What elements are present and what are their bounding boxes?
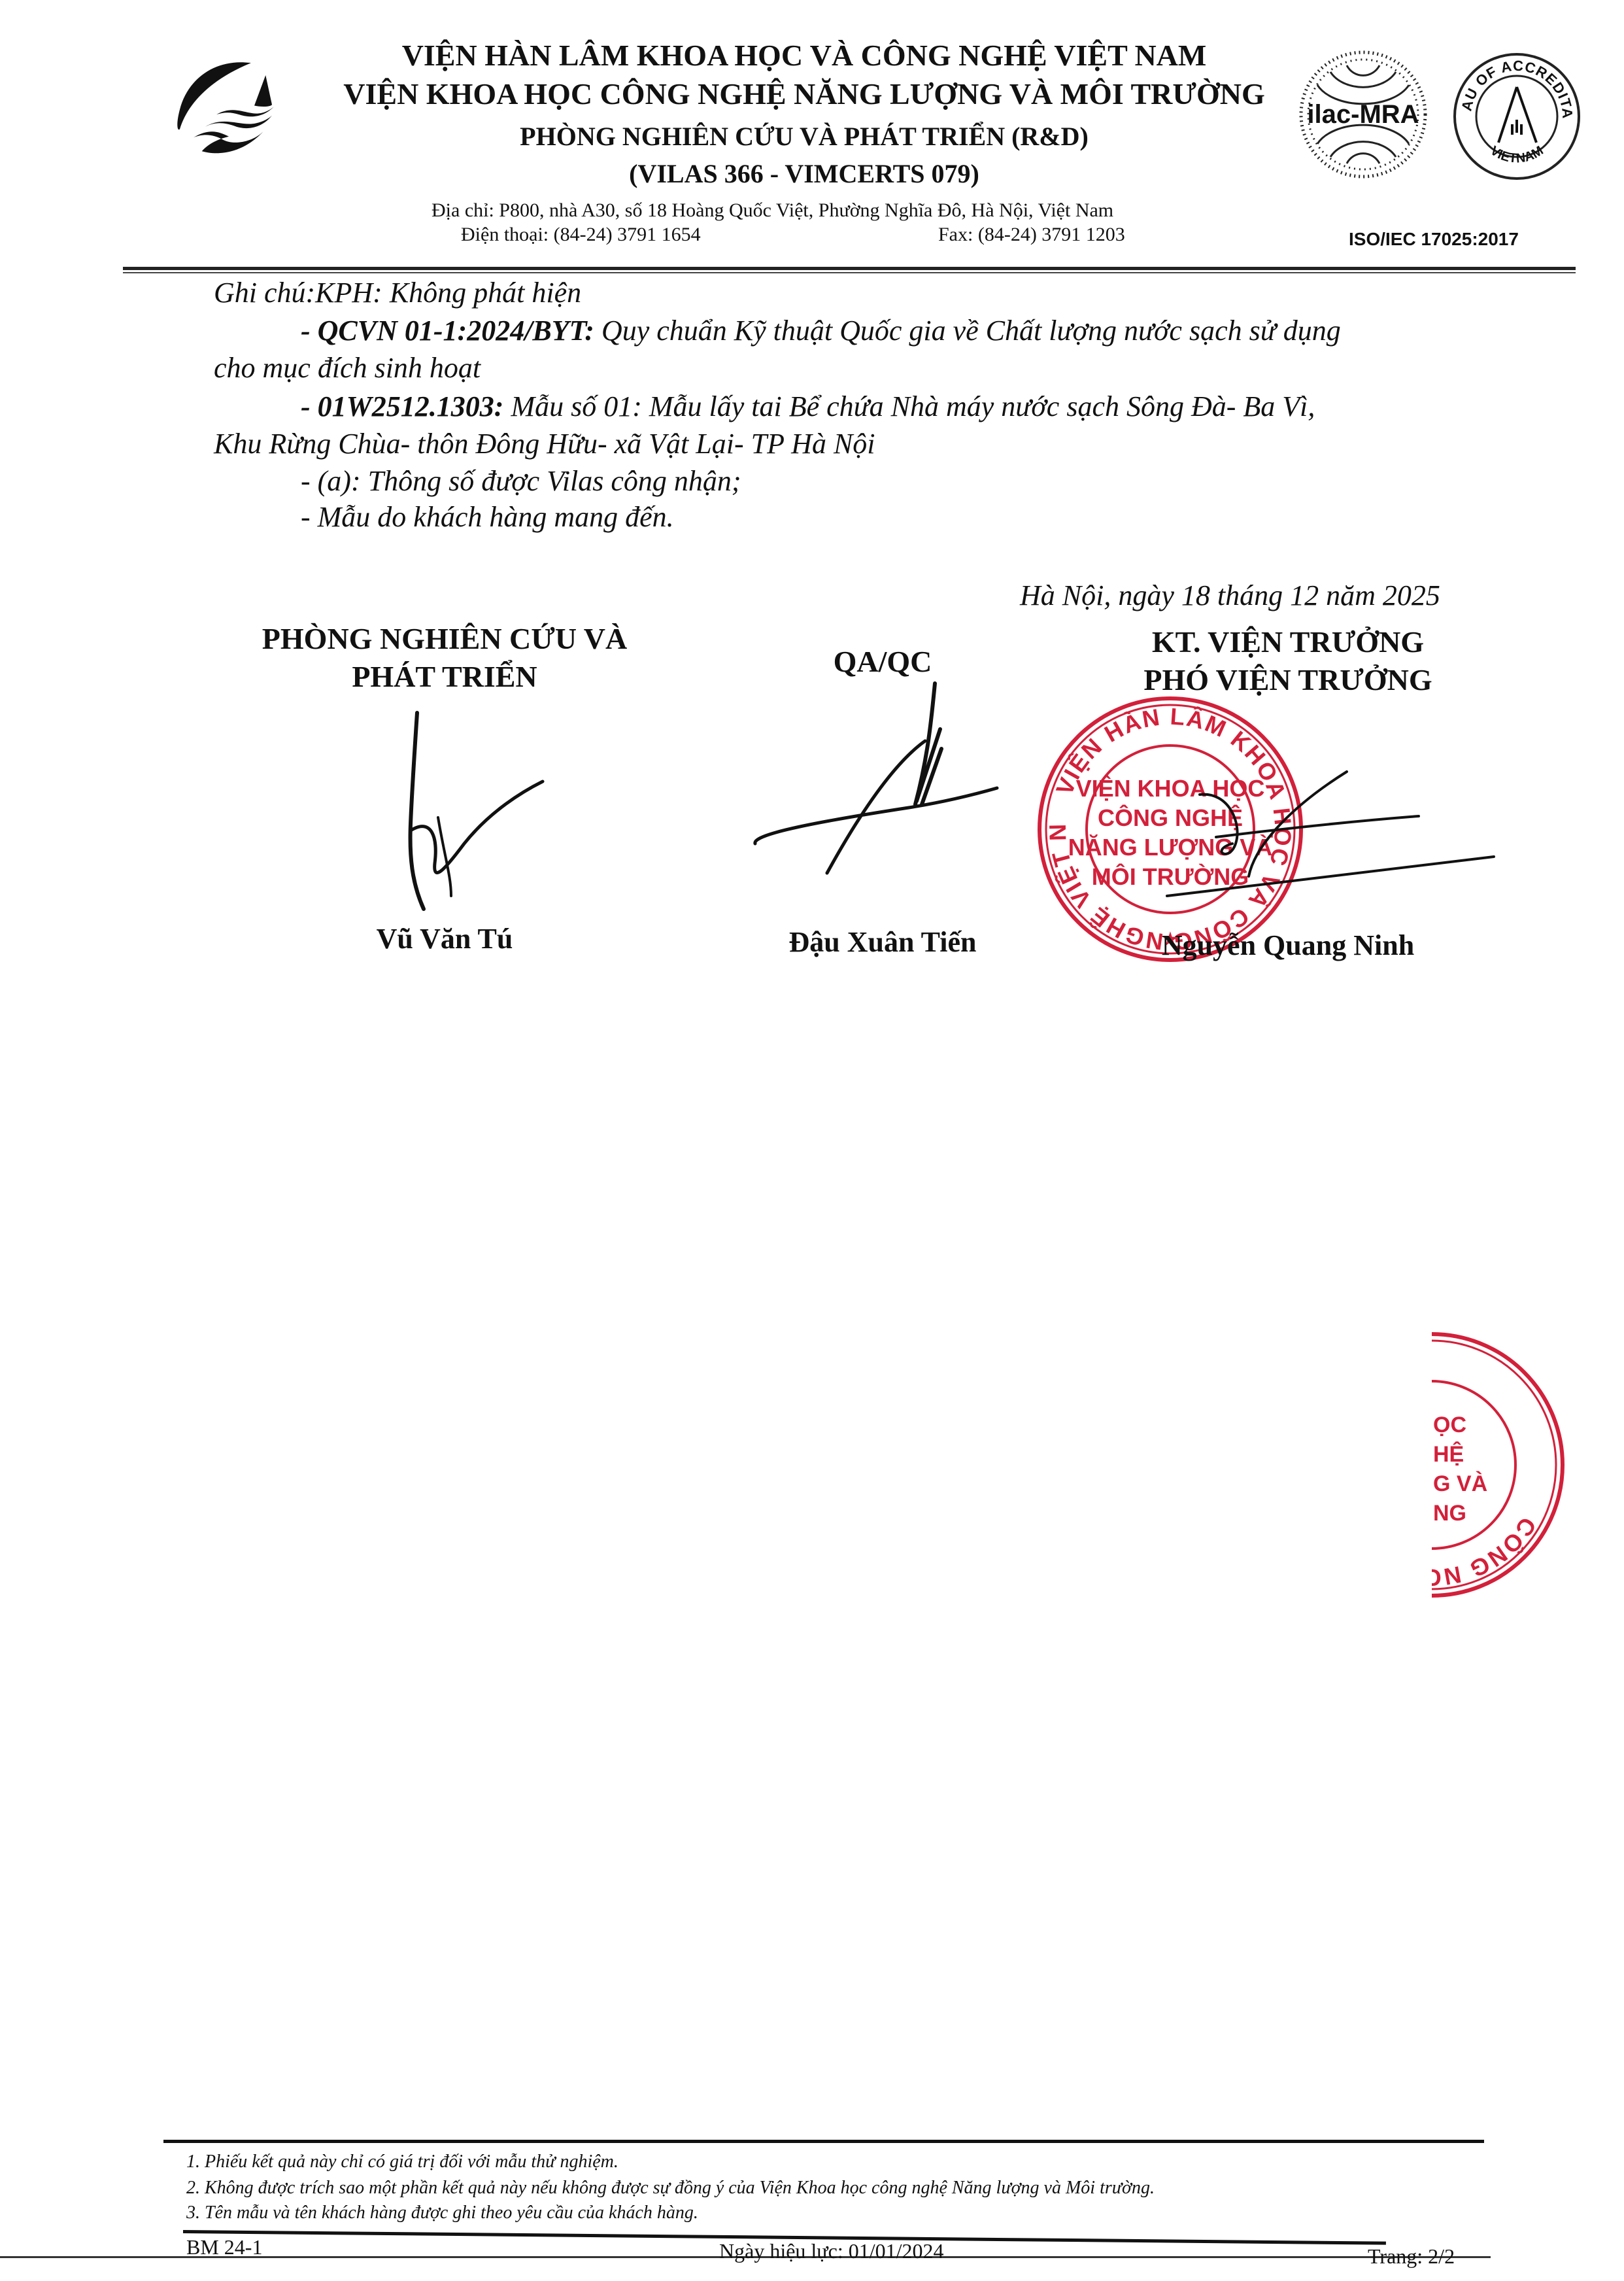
header-accreditation-codes: (VILAS 366 - VIMCERTS 079)	[314, 158, 1294, 189]
note-qcvn: - QCVN 01-1:2024/BYT: Quy chuẩn Kỹ thuật…	[301, 314, 1341, 347]
note-sample-continued: Khu Rừng Chùa- thôn Đông Hữu- xã Vật Lại…	[214, 427, 875, 460]
page-number: Trang: 2/2	[1368, 2244, 1455, 2269]
ilac-logo-text: ilac-MRA	[1307, 100, 1419, 129]
partial-stamp-line3: G VÀ	[1433, 1471, 1487, 1496]
header-department: PHÒNG NGHIÊN CỨU VÀ PHÁT TRIỂN (R&D)	[314, 121, 1294, 152]
signature-name-rd: Vũ Văn Tú	[281, 922, 608, 955]
signature-title-qaqc: QA/QC	[752, 643, 1013, 681]
institute-logo	[160, 36, 297, 173]
ilac-mra-logo: ilac-MRA	[1298, 49, 1429, 180]
note-qcvn-code: - QCVN 01-1:2024/BYT:	[301, 315, 594, 347]
signature-name-qaqc: Đậu Xuân Tiến	[719, 925, 1046, 959]
signature-name-director: Nguyễn Quang Ninh	[1125, 929, 1451, 962]
partial-stamp-icon: CÔNG NGHỆ VIỆT NAM ỌC HỆ G VÀ NG	[1432, 1328, 1569, 1602]
partial-stamp-line4: NG	[1433, 1501, 1466, 1526]
signature-block-rd: PHÒNG NGHIÊN CỨU VÀ PHÁT TRIỂN	[216, 620, 673, 696]
ilac-mra-logo-icon: ilac-MRA	[1298, 49, 1429, 180]
footer-note-2: 2. Không được trích sao một phần kết quả…	[186, 2178, 1155, 2199]
signature-block-director: KT. VIỆN TRƯỞNG PHÓ VIỆN TRƯỞNG	[1059, 623, 1517, 699]
signature-title-rd-line2: PHÁT TRIỂN	[216, 658, 673, 696]
note-sample-code: - 01W2512.1303:	[301, 390, 503, 422]
effective-date: Ngày hiệu lực: 01/01/2024	[719, 2239, 944, 2263]
header-org-line2: VIỆN KHOA HỌC CÔNG NGHỆ NĂNG LƯỢNG VÀ MÔ…	[301, 77, 1308, 111]
svg-text:VIETNAM: VIETNAM	[1487, 143, 1546, 165]
header-divider	[123, 267, 1576, 273]
note-customer-sample: - Mẫu do khách hàng mang đến.	[301, 500, 674, 534]
signature-title-director-line1: KT. VIỆN TRƯỞNG	[1059, 623, 1517, 661]
signature-title-rd-line1: PHÒNG NGHIÊN CỨU VÀ	[216, 620, 673, 658]
note-kph: Ghi chú:KPH: Không phát hiện	[214, 276, 581, 309]
header-fax: Fax: (84-24) 3791 1203	[938, 224, 1125, 246]
iso-standard: ISO/IEC 17025:2017	[1349, 229, 1519, 250]
footer-divider	[163, 2140, 1484, 2143]
signature-dau-xuan-tien	[745, 677, 1007, 873]
note-qcvn-continued: cho mục đích sinh hoạt	[214, 351, 481, 385]
page-overlap-stamp: CÔNG NGHỆ VIỆT NAM ỌC HỆ G VÀ NG	[1432, 1328, 1624, 1602]
partial-stamp-line2: HỆ	[1433, 1442, 1464, 1467]
boa-logo-country: VIETNAM	[1487, 143, 1546, 165]
footer-note-1: 1. Phiếu kết quả này chỉ có giá trị đối …	[186, 2152, 618, 2172]
institute-logo-icon	[160, 36, 297, 173]
note-vilas: - (a): Thông số được Vilas công nhận;	[301, 464, 741, 498]
signature-vu-van-tu	[392, 706, 562, 922]
header-address: Địa chỉ: P800, nhà A30, số 18 Hoàng Quốc…	[431, 199, 1113, 222]
boa-logo: BUREAU OF ACCREDITATION VIETNAM	[1451, 51, 1582, 182]
form-code: BM 24-1	[186, 2235, 262, 2259]
partial-stamp-line1: ỌC	[1433, 1413, 1466, 1437]
note-sample: - 01W2512.1303: Mẫu số 01: Mẫu lấy tai B…	[301, 390, 1315, 423]
note-qcvn-text: Quy chuẩn Kỹ thuật Quốc gia về Chất lượn…	[594, 315, 1341, 347]
issue-date: Hà Nội, ngày 18 tháng 12 năm 2025	[1020, 579, 1440, 612]
signature-nguyen-quang-ninh	[1164, 765, 1504, 935]
boa-logo-icon: BUREAU OF ACCREDITATION VIETNAM	[1451, 51, 1582, 182]
footer-note-3: 3. Tên mẫu và tên khách hàng được ghi th…	[186, 2203, 698, 2223]
note-sample-text: Mẫu số 01: Mẫu lấy tai Bể chứa Nhà máy n…	[503, 390, 1315, 422]
header-org-line1: VIỆN HÀN LÂM KHOA HỌC VÀ CÔNG NGHỆ VIỆT …	[314, 38, 1294, 73]
header-phone: Điện thoại: (84-24) 3791 1654	[461, 224, 701, 246]
